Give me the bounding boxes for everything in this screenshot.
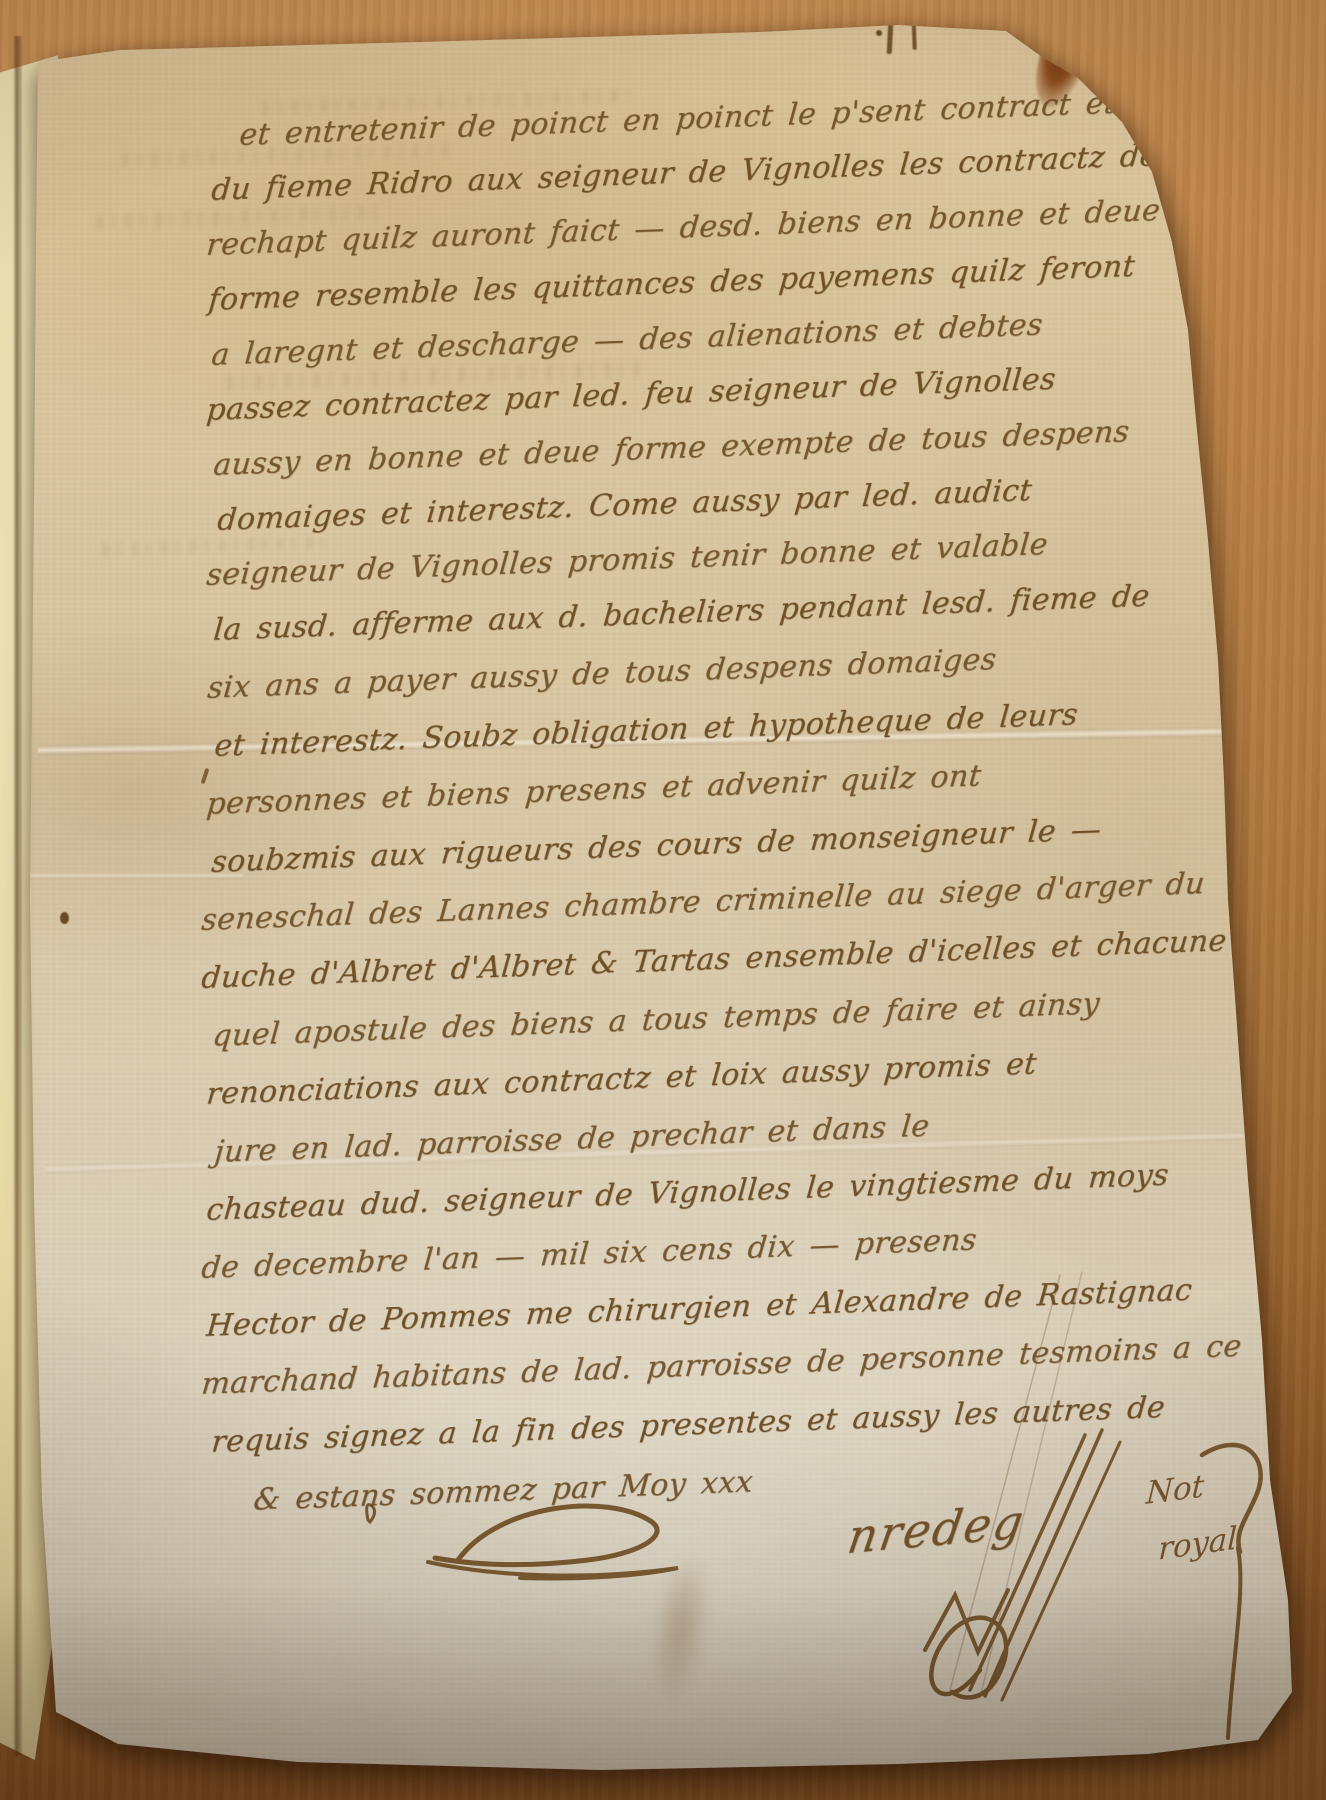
bleedthrough-marks [92,536,337,557]
manuscript-line: la susd. afferme aux d. bacheliers penda… [212,579,1151,648]
manuscript-line: Hector de Pommes me chirurgien et Alexan… [205,1273,1194,1344]
manuscript-line: duche d'Albret d'Albret & Tartas ensembl… [200,923,1228,996]
manuscript-line: requis signez a la fin des presentes et … [210,1390,1166,1460]
manuscript-line: chasteau dud. seigneur de Vignolles le v… [205,1158,1170,1228]
margin-pen-mark [201,768,210,784]
manuscript-line: aussy en bonne et deue forme exempte de … [212,414,1131,483]
manuscript-line: du fieme Ridro aux seigneur de Vignolles… [210,138,1159,208]
notary-title-word2: royal [1158,1520,1238,1568]
notary-title-word1: Not [1145,1468,1205,1512]
paper-sheet: et entretenir de poinct en poinct le p's… [0,0,1326,1800]
left-crease [28,872,243,879]
manuscript-line: seneschal des Lannes chambre criminelle … [200,866,1206,938]
rust-stain-dot [1147,11,1182,52]
manuscript-line: jure en lad. parroisse de prechar et dan… [213,1109,931,1170]
manuscript-line: six ans a payer aussy de tous despens do… [206,642,998,706]
manuscript-line: et entretenir de poinct en poinct le p's… [238,81,1250,153]
manuscript-line: et interestz. Soubz obligation et hypoth… [213,697,1079,764]
manuscript-line: personnes et biens presens et advenir qu… [205,758,983,822]
top-ink-stroke [887,4,895,54]
ink-smudge [642,1557,718,1713]
manuscript-line: & estans sommez par Moy xxx [252,1465,755,1518]
manuscript-line: rechapt quilz auront faict — desd. biens… [205,193,1162,263]
manuscript-line: de decembre l'an — mil six cens dix — pr… [200,1222,978,1286]
signature-flourish [340,1260,1300,1780]
manuscript-line: seigneur de Vignolles promis tenir bonne… [205,527,1049,593]
manuscript-photo: et entretenir de poinct en poinct le p's… [0,0,1326,1800]
manuscript-line: domaiges et interestz. Come aussy par le… [216,473,1033,538]
manuscript-line: forme resemble les quittances des payeme… [207,249,1136,318]
bleedthrough-marks [252,89,632,114]
notary-signature-name: nredeg [844,1494,1029,1564]
ink-speck [876,30,882,36]
manuscript-line: quel apostule des biens a tous temps de … [211,986,1101,1054]
paper-sheet-wrap: et entretenir de poinct en poinct le p's… [0,0,1326,1800]
manuscript-line: soubzmis aux rigueurs des cours de monse… [210,812,1103,880]
manuscript-line: passez contractez par led. feu seigneur … [205,362,1057,428]
bleedthrough-marks [112,142,447,168]
manuscript-line: a laregnt et descharge — des alienations… [210,307,1044,373]
horizontal-crease [38,727,1228,756]
rust-stain [1025,1,1103,115]
manuscript-line: renonciations aux contractz et loix auss… [205,1046,1038,1112]
bleedthrough-marks [216,361,646,392]
top-ink-stroke [911,8,916,50]
bleedthrough-marks [86,205,386,229]
manuscript-line: marchand habitans de lad. parroisse de p… [200,1329,1243,1402]
ink-speck [60,912,69,924]
horizontal-crease-2 [45,1131,1245,1174]
